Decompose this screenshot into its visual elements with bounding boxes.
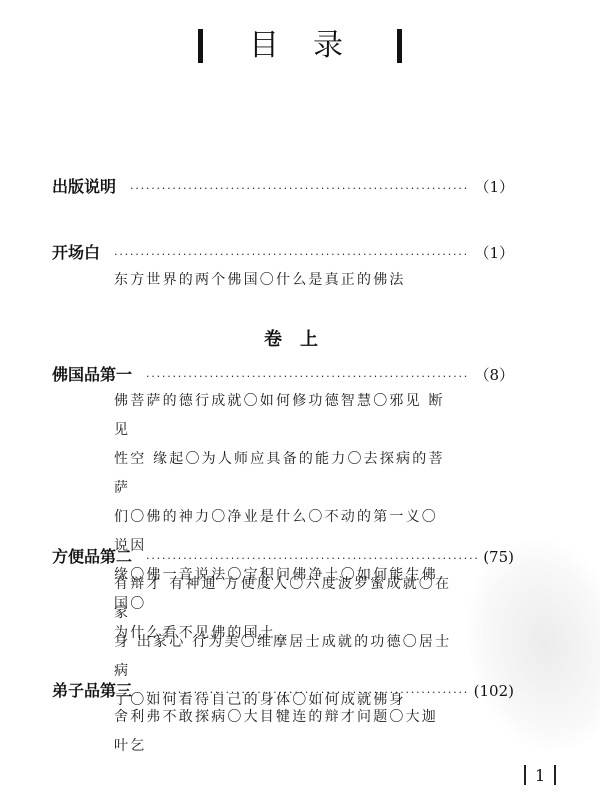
page-number-bar-right [554,765,556,785]
title-bar-right [397,29,402,63]
title-text: 目录 [249,31,377,61]
description-line: 佛菩萨的德行成就〇如何修功德智慧〇邪见 断见 [114,387,454,445]
entry-page: (102) [474,682,514,700]
entry-page: (75) [483,548,514,566]
entry-page: （1） [474,242,514,263]
leader-dots [146,552,477,565]
page-number-value: 1 [535,766,545,785]
toc-entry-chapter-3[interactable]: 弟子品第三 (102) [52,678,514,701]
entry-page: （1） [474,176,514,197]
description-line: 性空 缘起〇为人师应具备的能力〇去探病的菩萨 [114,445,454,503]
entry-title: 方便品第二 [52,544,132,567]
volume-heading: 卷上 [0,325,600,351]
toc-entry-chapter-1[interactable]: 佛国品第一 （8） [52,362,514,385]
entry-page: （8） [474,364,514,385]
entry-title: 佛国品第一 [52,362,132,385]
page-number: 1 [515,765,565,785]
entry-description: 舍利弗不敢探病〇大目犍连的辩才问题〇大迦叶乞 [114,703,454,761]
page-title: 目录 [0,22,600,70]
entry-title: 开场白 [52,240,100,263]
entry-title: 出版说明 [52,174,116,197]
description-line: 有辩才 有神通 方便度人〇六度波罗蜜成就〇在家 [114,570,454,628]
description-line: 东方世界的两个佛国〇什么是真正的佛法 [114,266,454,295]
toc-entry-chapter-2[interactable]: 方便品第二 (75) [52,544,514,567]
leader-dots [130,182,468,195]
leader-dots [114,248,468,261]
title-bar-left [198,29,203,63]
leader-dots [146,686,468,699]
entry-title: 弟子品第三 [52,678,132,701]
leader-dots [146,370,468,383]
page-number-bar-left [524,765,526,785]
toc-entry-opening[interactable]: 开场白 （1） [52,240,514,263]
toc-entry-publication-note[interactable]: 出版说明 （1） [52,174,514,197]
description-line: 舍利弗不敢探病〇大目犍连的辩才问题〇大迦叶乞 [114,703,454,761]
entry-description: 东方世界的两个佛国〇什么是真正的佛法 [114,266,454,295]
